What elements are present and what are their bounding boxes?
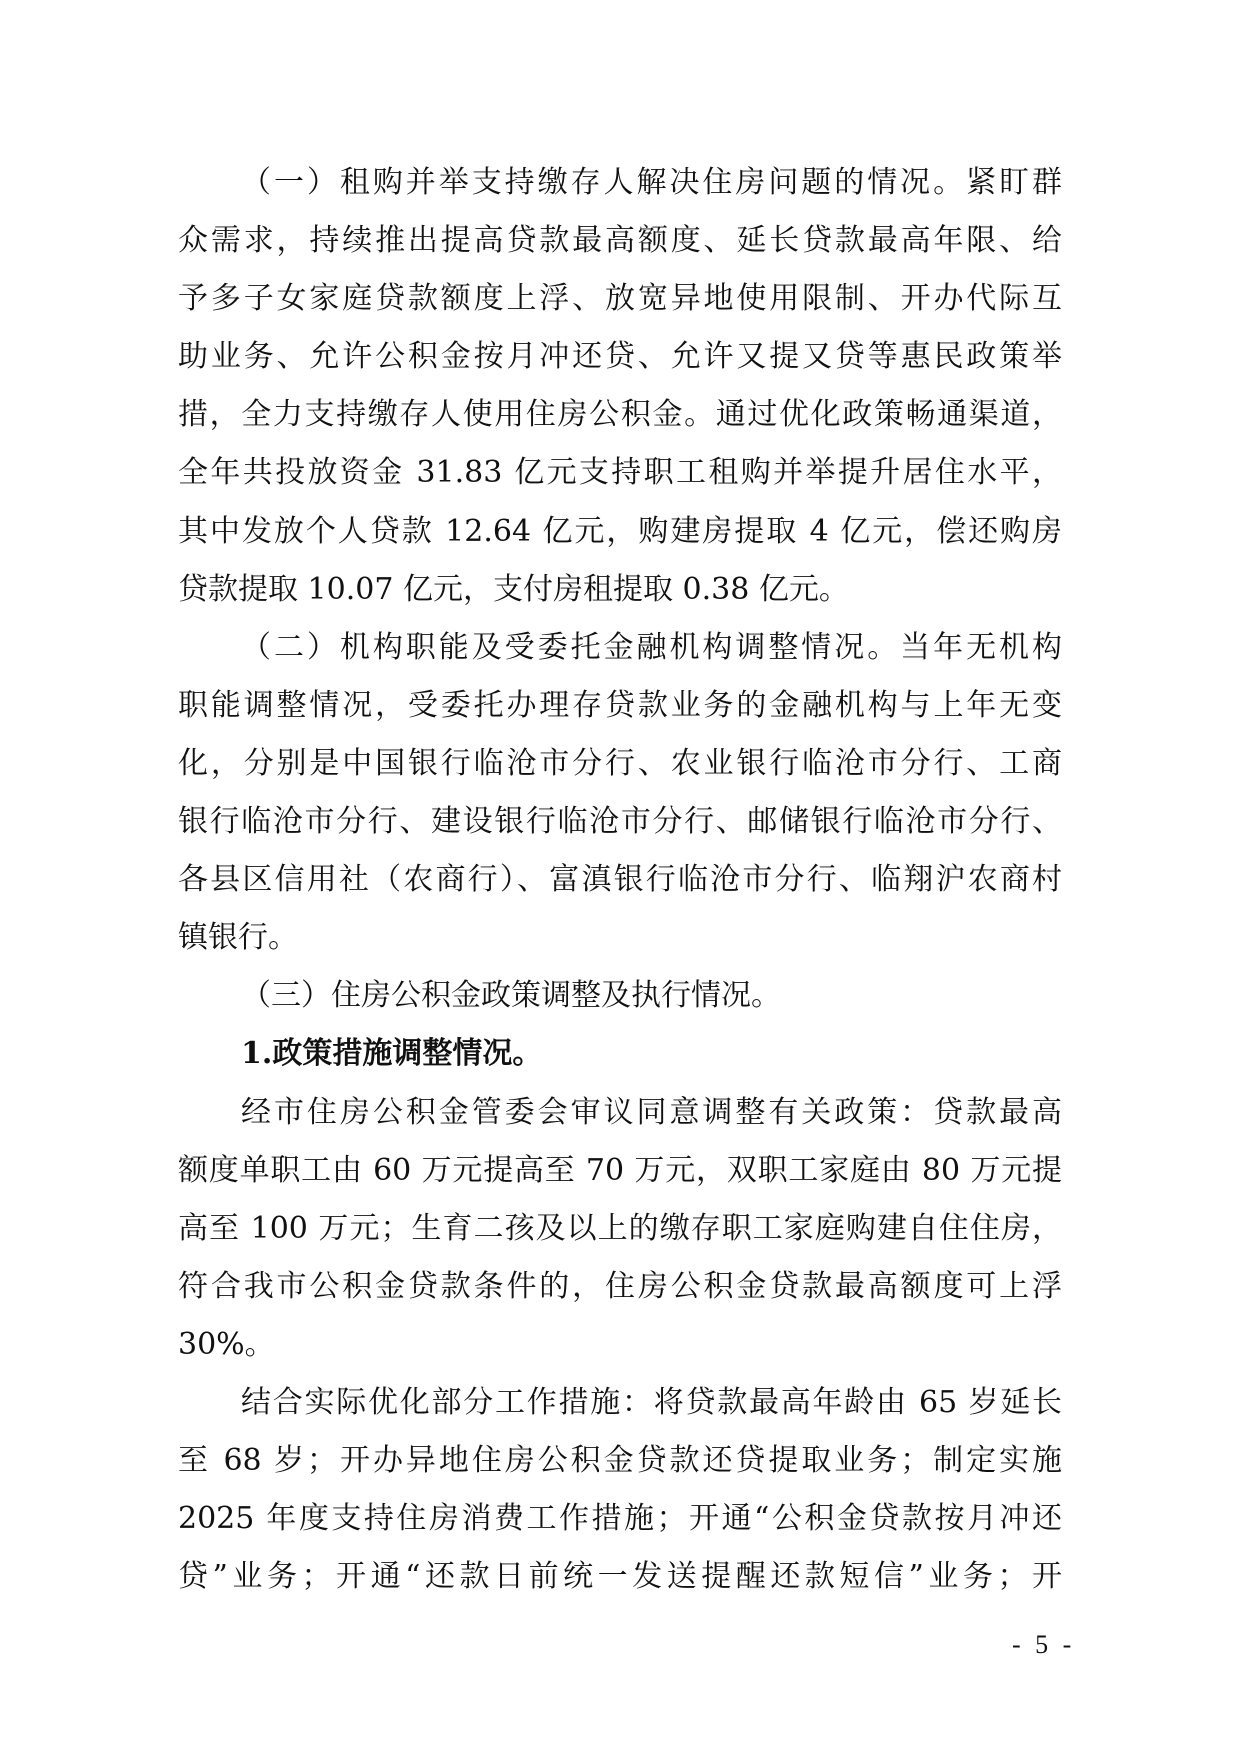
section-3-policy: （三）住房公积金政策调整及执行情况。 [178, 971, 1062, 1029]
paragraph-line: 2025 年度支持住房消费工作措施；开通“公积金贷款按月冲还 [178, 1494, 1062, 1552]
paragraph-line: 众需求，持续推出提高贷款最高额度、延长贷款最高年限、给 [178, 216, 1062, 274]
paragraph-line: （二）机构职能及受委托金融机构调整情况。当年无机构 [178, 623, 1062, 681]
paragraph-line: 贷”业务；开通“还款日前统一发送提醒还款短信”业务；开 [178, 1552, 1062, 1610]
paragraph-line: 职能调整情况，受委托办理存贷款业务的金融机构与上年无变 [178, 681, 1062, 739]
paragraph-line: （一）租购并举支持缴存人解决住房问题的情况。紧盯群 [178, 158, 1062, 216]
paragraph-work-measures: 结合实际优化部分工作措施：将贷款最高年龄由 65 岁延长 至 68 岁；开办异地… [178, 1378, 1062, 1610]
paragraph-line: 措，全力支持缴存人使用住房公积金。通过优化政策畅通渠道， [178, 390, 1062, 448]
subsection-heading: 1.政策措施调整情况。 [178, 1029, 1062, 1087]
paragraph-line: 贷款提取 10.07 亿元，支付房租提取 0.38 亿元。 [178, 565, 1062, 623]
document-page: （一）租购并举支持缴存人解决住房问题的情况。紧盯群 众需求，持续推出提高贷款最高… [0, 0, 1240, 1754]
page-number: - 5 - [1012, 1630, 1075, 1660]
paragraph-line: 额度单职工由 60 万元提高至 70 万元，双职工家庭由 80 万元提 [178, 1146, 1062, 1204]
paragraph-line: 各县区信用社（农商行）、富滇银行临沧市分行、临翔沪农商村 [178, 855, 1062, 913]
paragraph-line: 化，分别是中国银行临沧市分行、农业银行临沧市分行、工商 [178, 739, 1062, 797]
section-1-rent-purchase: （一）租购并举支持缴存人解决住房问题的情况。紧盯群 众需求，持续推出提高贷款最高… [178, 158, 1062, 623]
paragraph-line: 助业务、允许公积金按月冲还贷、允许又提又贷等惠民政策举 [178, 332, 1062, 390]
paragraph-line: 至 68 岁；开办异地住房公积金贷款还贷提取业务；制定实施 [178, 1436, 1062, 1494]
paragraph-line: 高至 100 万元；生育二孩及以上的缴存职工家庭购建自住住房， [178, 1204, 1062, 1262]
subheading-policy-measures: 1.政策措施调整情况。 [178, 1029, 1062, 1087]
paragraph-line: 予多子女家庭贷款额度上浮、放宽异地使用限制、开办代际互 [178, 274, 1062, 332]
paragraph-line: 符合我市公积金贷款条件的，住房公积金贷款最高额度可上浮 [178, 1262, 1062, 1320]
paragraph-line: 结合实际优化部分工作措施：将贷款最高年龄由 65 岁延长 [178, 1378, 1062, 1436]
paragraph-line: 银行临沧市分行、建设银行临沧市分行、邮储银行临沧市分行、 [178, 797, 1062, 855]
section-2-institutions: （二）机构职能及受委托金融机构调整情况。当年无机构 职能调整情况，受委托办理存贷… [178, 623, 1062, 972]
paragraph-line: 30%。 [178, 1320, 1062, 1378]
section-heading: （三）住房公积金政策调整及执行情况。 [178, 971, 1062, 1029]
paragraph-line: 镇银行。 [178, 913, 1062, 971]
paragraph-loan-limits: 经市住房公积金管委会审议同意调整有关政策：贷款最高 额度单职工由 60 万元提高… [178, 1088, 1062, 1378]
paragraph-line: 经市住房公积金管委会审议同意调整有关政策：贷款最高 [178, 1088, 1062, 1146]
paragraph-line: 全年共投放资金 31.83 亿元支持职工租购并举提升居住水平， [178, 448, 1062, 506]
paragraph-line: 其中发放个人贷款 12.64 亿元，购建房提取 4 亿元，偿还购房 [178, 507, 1062, 565]
body-text: （一）租购并举支持缴存人解决住房问题的情况。紧盯群 众需求，持续推出提高贷款最高… [178, 158, 1062, 1610]
